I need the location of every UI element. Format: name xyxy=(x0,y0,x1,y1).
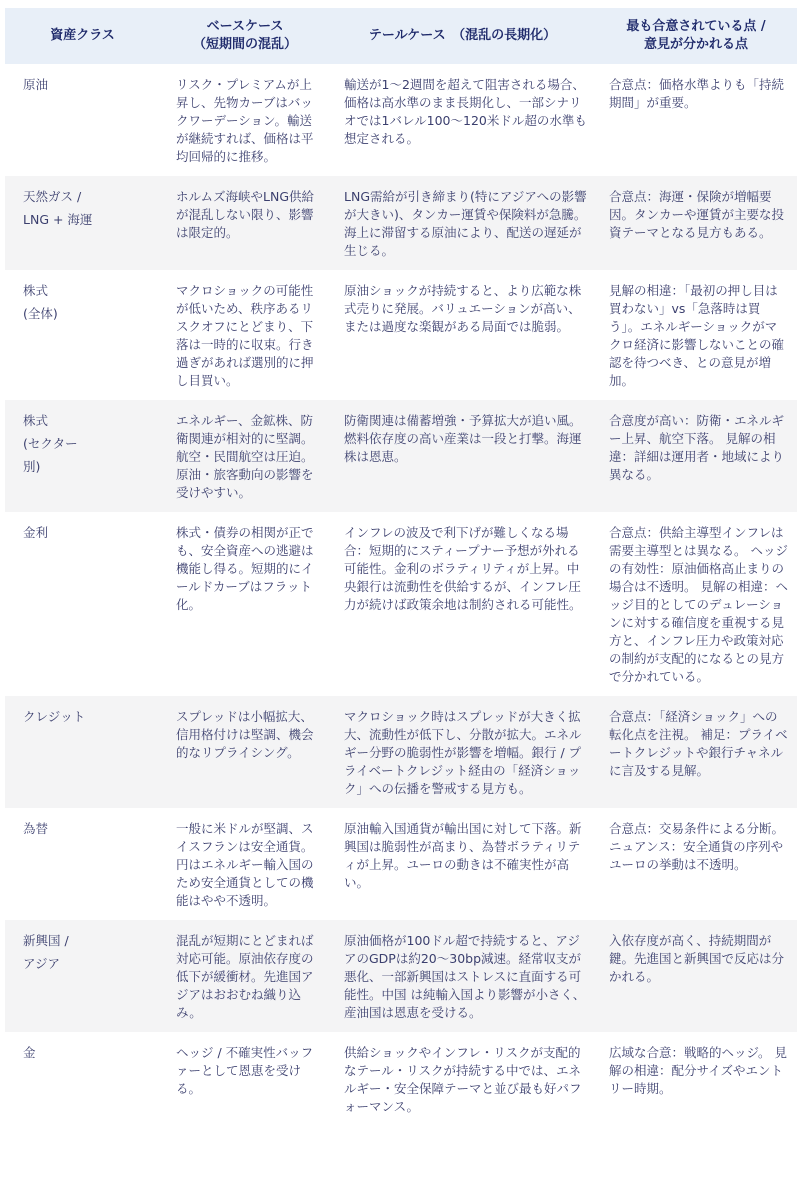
base-case-cell: 一般に米ドルが堅調、スイスフランは安全通貨。円はエネルギー輸入国のため安全通貨と… xyxy=(160,808,330,920)
tail-case-cell: LNG需給が引き締まり(特にアジアへの影響が大きい)、タンカー運賃や保険料が急騰… xyxy=(330,176,595,270)
asset-class-label: 金利 xyxy=(23,519,152,547)
asset-class-label: クレジット xyxy=(23,703,152,731)
consensus-cell: 見解の相違：「最初の押し目は買わない」vs「急落時は買う」。エネルギーショックが… xyxy=(595,270,797,400)
consensus-cell: 合意点：供給主導型インフレは需要主導型とは異なる。 ヘッジの有効性：原油価格高止… xyxy=(595,512,797,696)
base-case-cell: ホルムズ海峡やLNG供給が混乱しない限り、影響は限定的。 xyxy=(160,176,330,270)
table-body: 原油リスク・プレミアムが上昇し、先物カーブはバックワーデーション。輸送が継続すれ… xyxy=(5,64,797,1126)
table-row: 株式(全体)マクロショックの可能性が低いため、秩序あるリスクオフにとどまり、下落… xyxy=(5,270,797,400)
header-tail-case: テールケース （混乱の長期化） xyxy=(330,8,595,64)
asset-class-cell: 金 xyxy=(5,1032,160,1126)
asset-class-label: (全体) xyxy=(23,300,152,328)
page: 資産クラス ベースケース （短期間の混乱） テールケース （混乱の長期化） 最も… xyxy=(0,0,802,1126)
asset-class-cell: 原油 xyxy=(5,64,160,176)
asset-class-cell: クレジット xyxy=(5,696,160,808)
header-asset-class: 資産クラス xyxy=(5,8,160,64)
table-row: 金利株式・債券の相関が正でも、安全資産への逃避は機能し得る。短期的にイールドカー… xyxy=(5,512,797,696)
consensus-cell: 合意点：交易条件による分断。 ニュアンス：安全通貨の序列やユーロの挙動は不透明。 xyxy=(595,808,797,920)
tail-case-cell: インフレの波及で利下げが難しくなる場合：短期的にスティープナー予想が外れる可能性… xyxy=(330,512,595,696)
consensus-cell: 合意点：価格水準よりも「持続期間」が重要。 xyxy=(595,64,797,176)
asset-class-cell: 天然ガス /LNG + 海運 xyxy=(5,176,160,270)
asset-class-label: アジア xyxy=(23,950,152,978)
base-case-cell: スプレッドは小幅拡大、信用格付けは堅調、機会的なリプライシング。 xyxy=(160,696,330,808)
table-row: 天然ガス /LNG + 海運ホルムズ海峡やLNG供給が混乱しない限り、影響は限定… xyxy=(5,176,797,270)
asset-class-cell: 新興国 /アジア xyxy=(5,920,160,1032)
base-case-cell: リスク・プレミアムが上昇し、先物カーブはバックワーデーション。輸送が継続すれば、… xyxy=(160,64,330,176)
asset-class-label: LNG + 海運 xyxy=(23,206,152,234)
asset-class-scenario-table: 資産クラス ベースケース （短期間の混乱） テールケース （混乱の長期化） 最も… xyxy=(5,8,797,1126)
asset-class-cell: 株式(セクター別) xyxy=(5,400,160,512)
table-header: 資産クラス ベースケース （短期間の混乱） テールケース （混乱の長期化） 最も… xyxy=(5,8,797,64)
base-case-cell: マクロショックの可能性が低いため、秩序あるリスクオフにとどまり、下落は一時的に収… xyxy=(160,270,330,400)
consensus-cell: 合意点：「経済ショック」への転化点を注視。 補足：プライベートクレジットや銀行チ… xyxy=(595,696,797,808)
tail-case-cell: 原油価格が100ドル超で持続すると、アジアのGDPは約20～30bp減速。経常収… xyxy=(330,920,595,1032)
base-case-cell: エネルギー、金鉱株、防衛関連が相対的に堅調。航空・民間航空は圧迫。原油・旅客動向… xyxy=(160,400,330,512)
tail-case-cell: 防衛関連は備蓄増強・予算拡大が追い風。燃料依存度の高い産業は一段と打撃。海運株は… xyxy=(330,400,595,512)
table-row: 為替一般に米ドルが堅調、スイスフランは安全通貨。円はエネルギー輸入国のため安全通… xyxy=(5,808,797,920)
asset-class-cell: 為替 xyxy=(5,808,160,920)
tail-case-cell: 原油輸入国通貨が輸出国に対して下落。新興国は脆弱性が高まり、為替ボラティリティが… xyxy=(330,808,595,920)
asset-class-label: 原油 xyxy=(23,71,152,99)
tail-case-cell: 原油ショックが持続すると、より広範な株式売りに発展。バリュエーションが高い、また… xyxy=(330,270,595,400)
asset-class-cell: 株式(全体) xyxy=(5,270,160,400)
asset-class-cell: 金利 xyxy=(5,512,160,696)
consensus-cell: 合意度が高い：防衛・エネルギー上昇、航空下落。 見解の相違：詳細は運用者・地域に… xyxy=(595,400,797,512)
tail-case-cell: 供給ショックやインフレ・リスクが支配的なテール・リスクが持続する中では、エネルギ… xyxy=(330,1032,595,1126)
header-consensus: 最も合意されている点 / 意見が分かれる点 xyxy=(595,8,797,64)
table-row: 原油リスク・プレミアムが上昇し、先物カーブはバックワーデーション。輸送が継続すれ… xyxy=(5,64,797,176)
table-row: クレジットスプレッドは小幅拡大、信用格付けは堅調、機会的なリプライシング。マクロ… xyxy=(5,696,797,808)
table-row: 金ヘッジ / 不確実性バッファーとして恩恵を受ける。供給ショックやインフレ・リス… xyxy=(5,1032,797,1126)
asset-class-label: 為替 xyxy=(23,815,152,843)
base-case-cell: 混乱が短期にとどまれば対応可能。原油依存度の低下が緩衝材。先進国アジアはおおむね… xyxy=(160,920,330,1032)
table-row: 新興国 /アジア混乱が短期にとどまれば対応可能。原油依存度の低下が緩衝材。先進国… xyxy=(5,920,797,1032)
base-case-cell: ヘッジ / 不確実性バッファーとして恩恵を受ける。 xyxy=(160,1032,330,1126)
tail-case-cell: 輸送が1～2週間を超えて阻害される場合、価格は高水準のまま長期化し、一部シナリオ… xyxy=(330,64,595,176)
asset-class-label: 金 xyxy=(23,1039,152,1067)
table-row: 株式(セクター別)エネルギー、金鉱株、防衛関連が相対的に堅調。航空・民間航空は圧… xyxy=(5,400,797,512)
tail-case-cell: マクロショック時はスプレッドが大きく拡大、流動性が低下し、分散が拡大。エネルギー… xyxy=(330,696,595,808)
consensus-cell: 合意点：海運・保険が増幅要因。タンカーや運賃が主要な投資テーマとなる見方もある。 xyxy=(595,176,797,270)
header-base-case: ベースケース （短期間の混乱） xyxy=(160,8,330,64)
base-case-cell: 株式・債券の相関が正でも、安全資産への逃避は機能し得る。短期的にイールドカーブは… xyxy=(160,512,330,696)
consensus-cell: 広域な合意：戦略的ヘッジ。 見解の相違：配分サイズやエントリー時期。 xyxy=(595,1032,797,1126)
consensus-cell: 入依存度が高く、持続期間が鍵。先進国と新興国で反応は分かれる。 xyxy=(595,920,797,1032)
